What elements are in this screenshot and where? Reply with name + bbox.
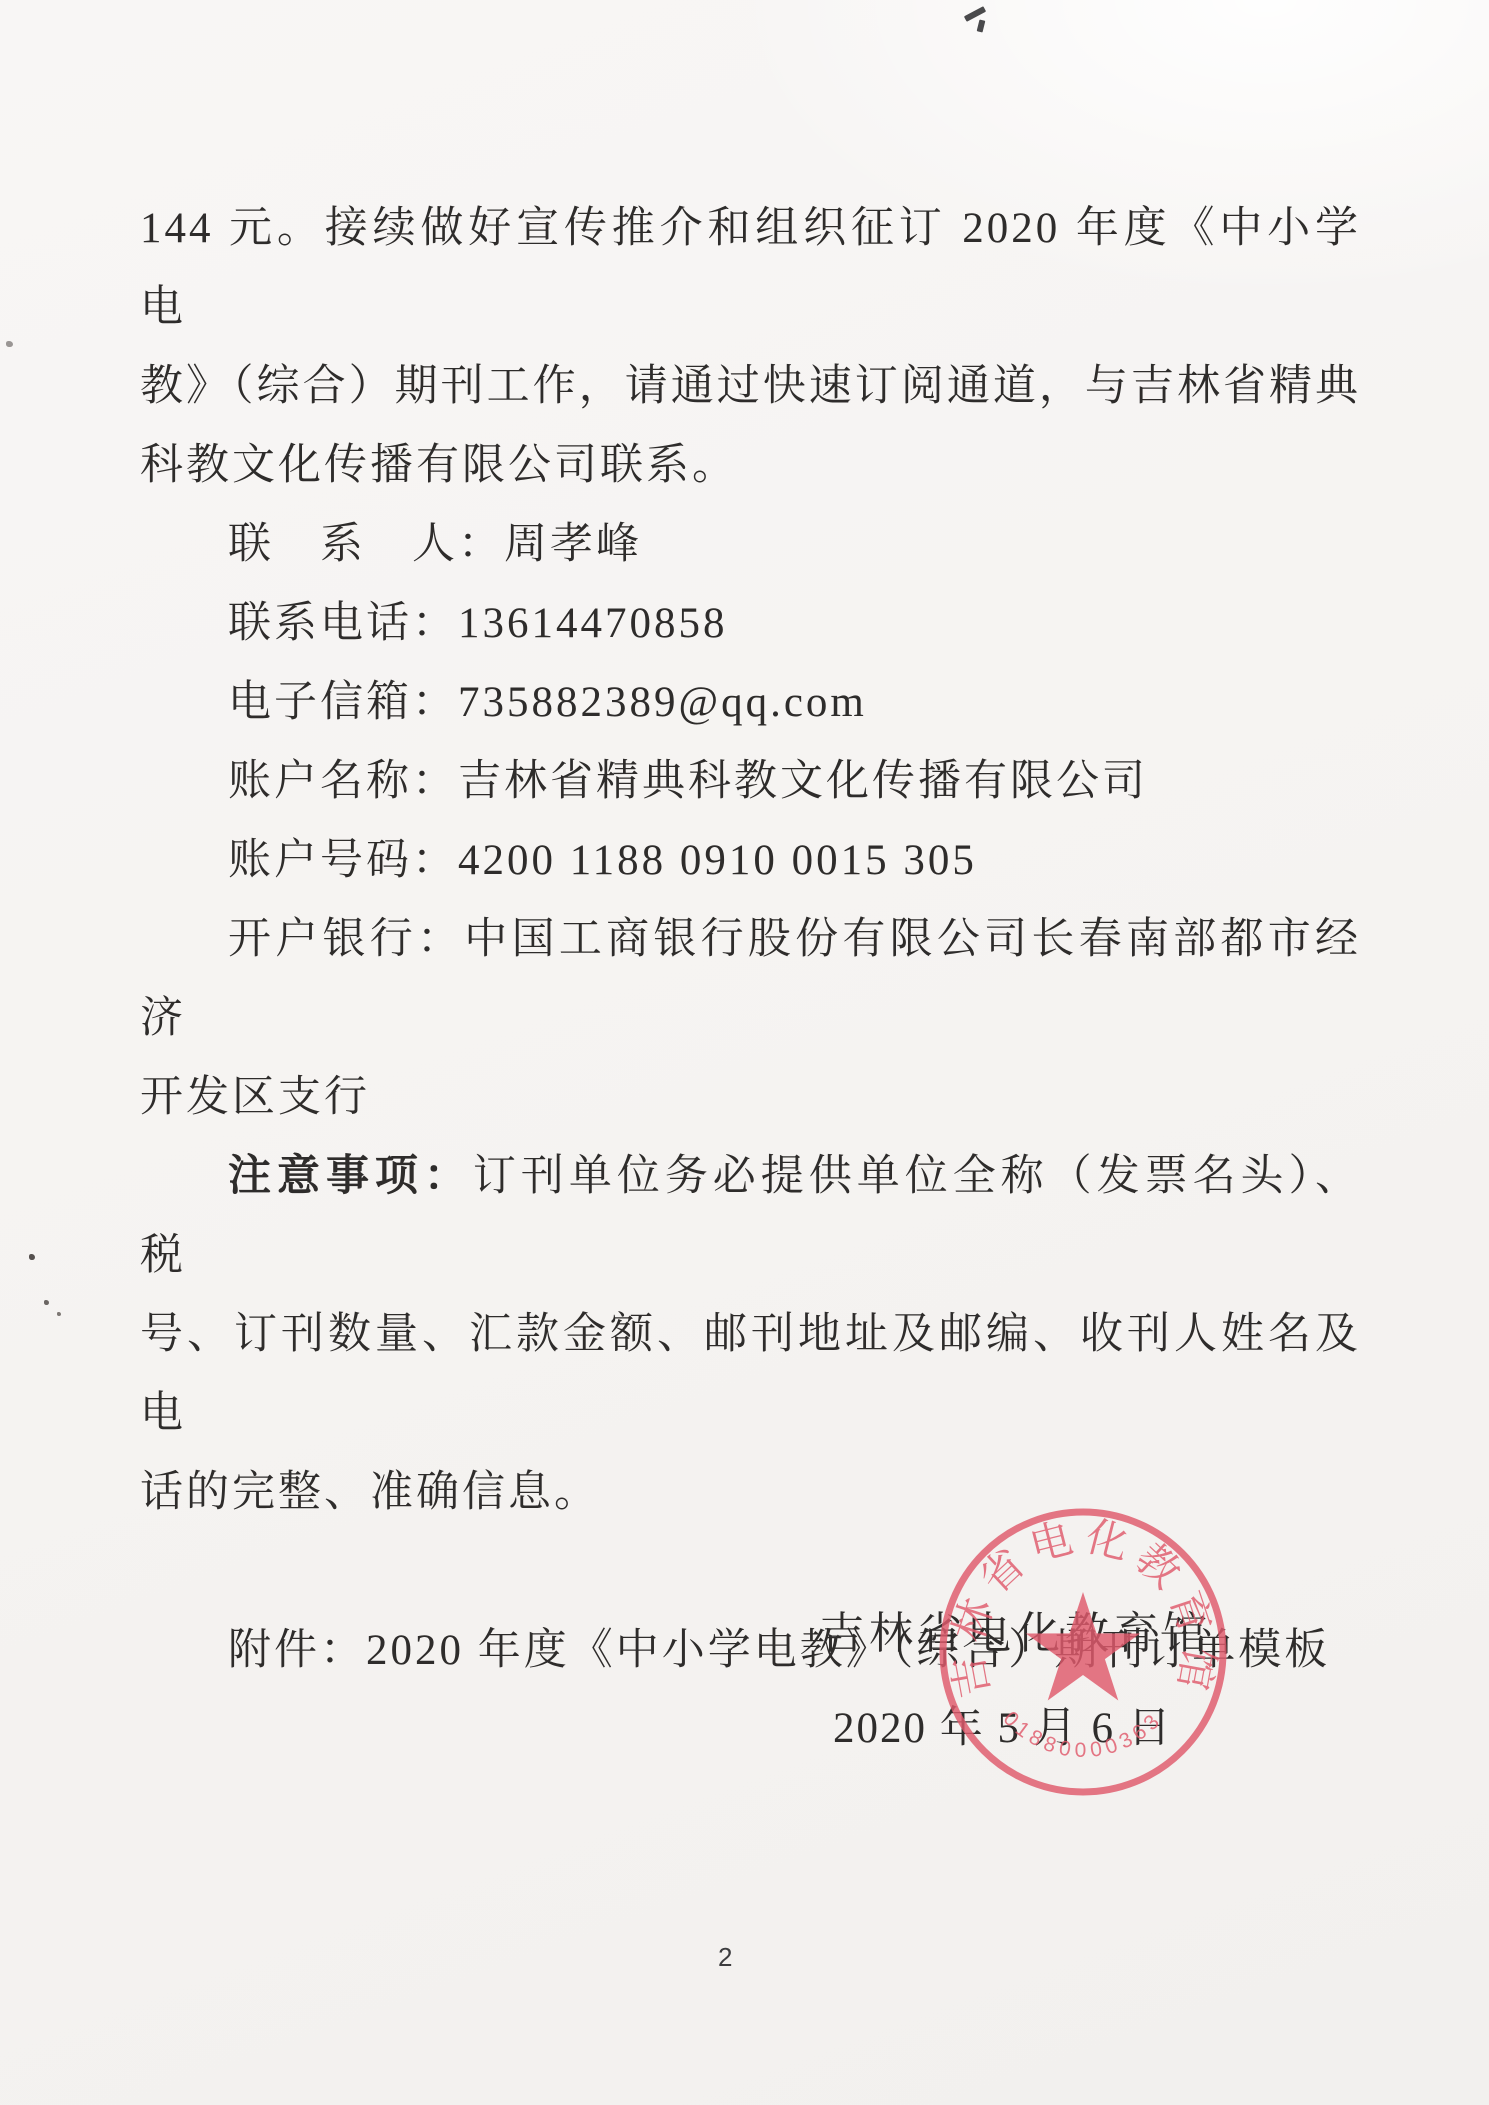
document-body: 144 元。接续做好宣传推介和组织征订 2020 年度《中小学电教》（综合）期刊… — [140, 189, 1361, 1690]
scan-artifact-speck — [29, 1254, 35, 1260]
signature-organization: 吉林省电化教育馆 — [820, 1597, 1212, 1661]
body-line: 注意事项：订刊单位务必提供单位全称（发票名头）、税 — [140, 1137, 1361, 1295]
scanned-document-page: 144 元。接续做好宣传推介和组织征订 2020 年度《中小学电教》（综合）期刊… — [0, 0, 1489, 2105]
body-line: 开户银行：中国工商银行股份有限公司长春南部都市经济 — [140, 900, 1361, 1058]
body-line: 联 系 人：周孝峰 — [140, 505, 1361, 584]
body-line: 教》（综合）期刊工作，请通过快速订阅通道，与吉林省精典 — [140, 347, 1361, 426]
body-line: 联系电话：13614470858 — [140, 584, 1361, 663]
body-line: 电子信箱：735882389@qq.com — [140, 663, 1361, 742]
body-line: 账户名称：吉林省精典科教文化传播有限公司 — [140, 742, 1361, 821]
scan-artifact-speck — [57, 1312, 61, 1316]
body-line: 话的完整、准确信息。 — [140, 1453, 1361, 1532]
signature-date: 2020 年 5 月 6 日 — [833, 1694, 1173, 1755]
page-number: 2 — [718, 1942, 732, 1973]
notice-label: 注意事项： — [228, 1153, 473, 1200]
scan-artifact-speck — [6, 341, 13, 347]
scan-artifact-corner-mark-2 — [977, 19, 986, 32]
body-line: 号、订刊数量、汇款金额、邮刊地址及邮编、收刊人姓名及电 — [140, 1295, 1361, 1453]
body-line: 开发区支行 — [140, 1058, 1361, 1137]
body-line: 账户号码：4200 1188 0910 0015 305 — [140, 821, 1361, 900]
scan-artifact-speck — [44, 1300, 49, 1305]
body-line: 科教文化传播有限公司联系。 — [140, 426, 1361, 505]
body-line: 144 元。接续做好宣传推介和组织征订 2020 年度《中小学电 — [140, 189, 1361, 347]
